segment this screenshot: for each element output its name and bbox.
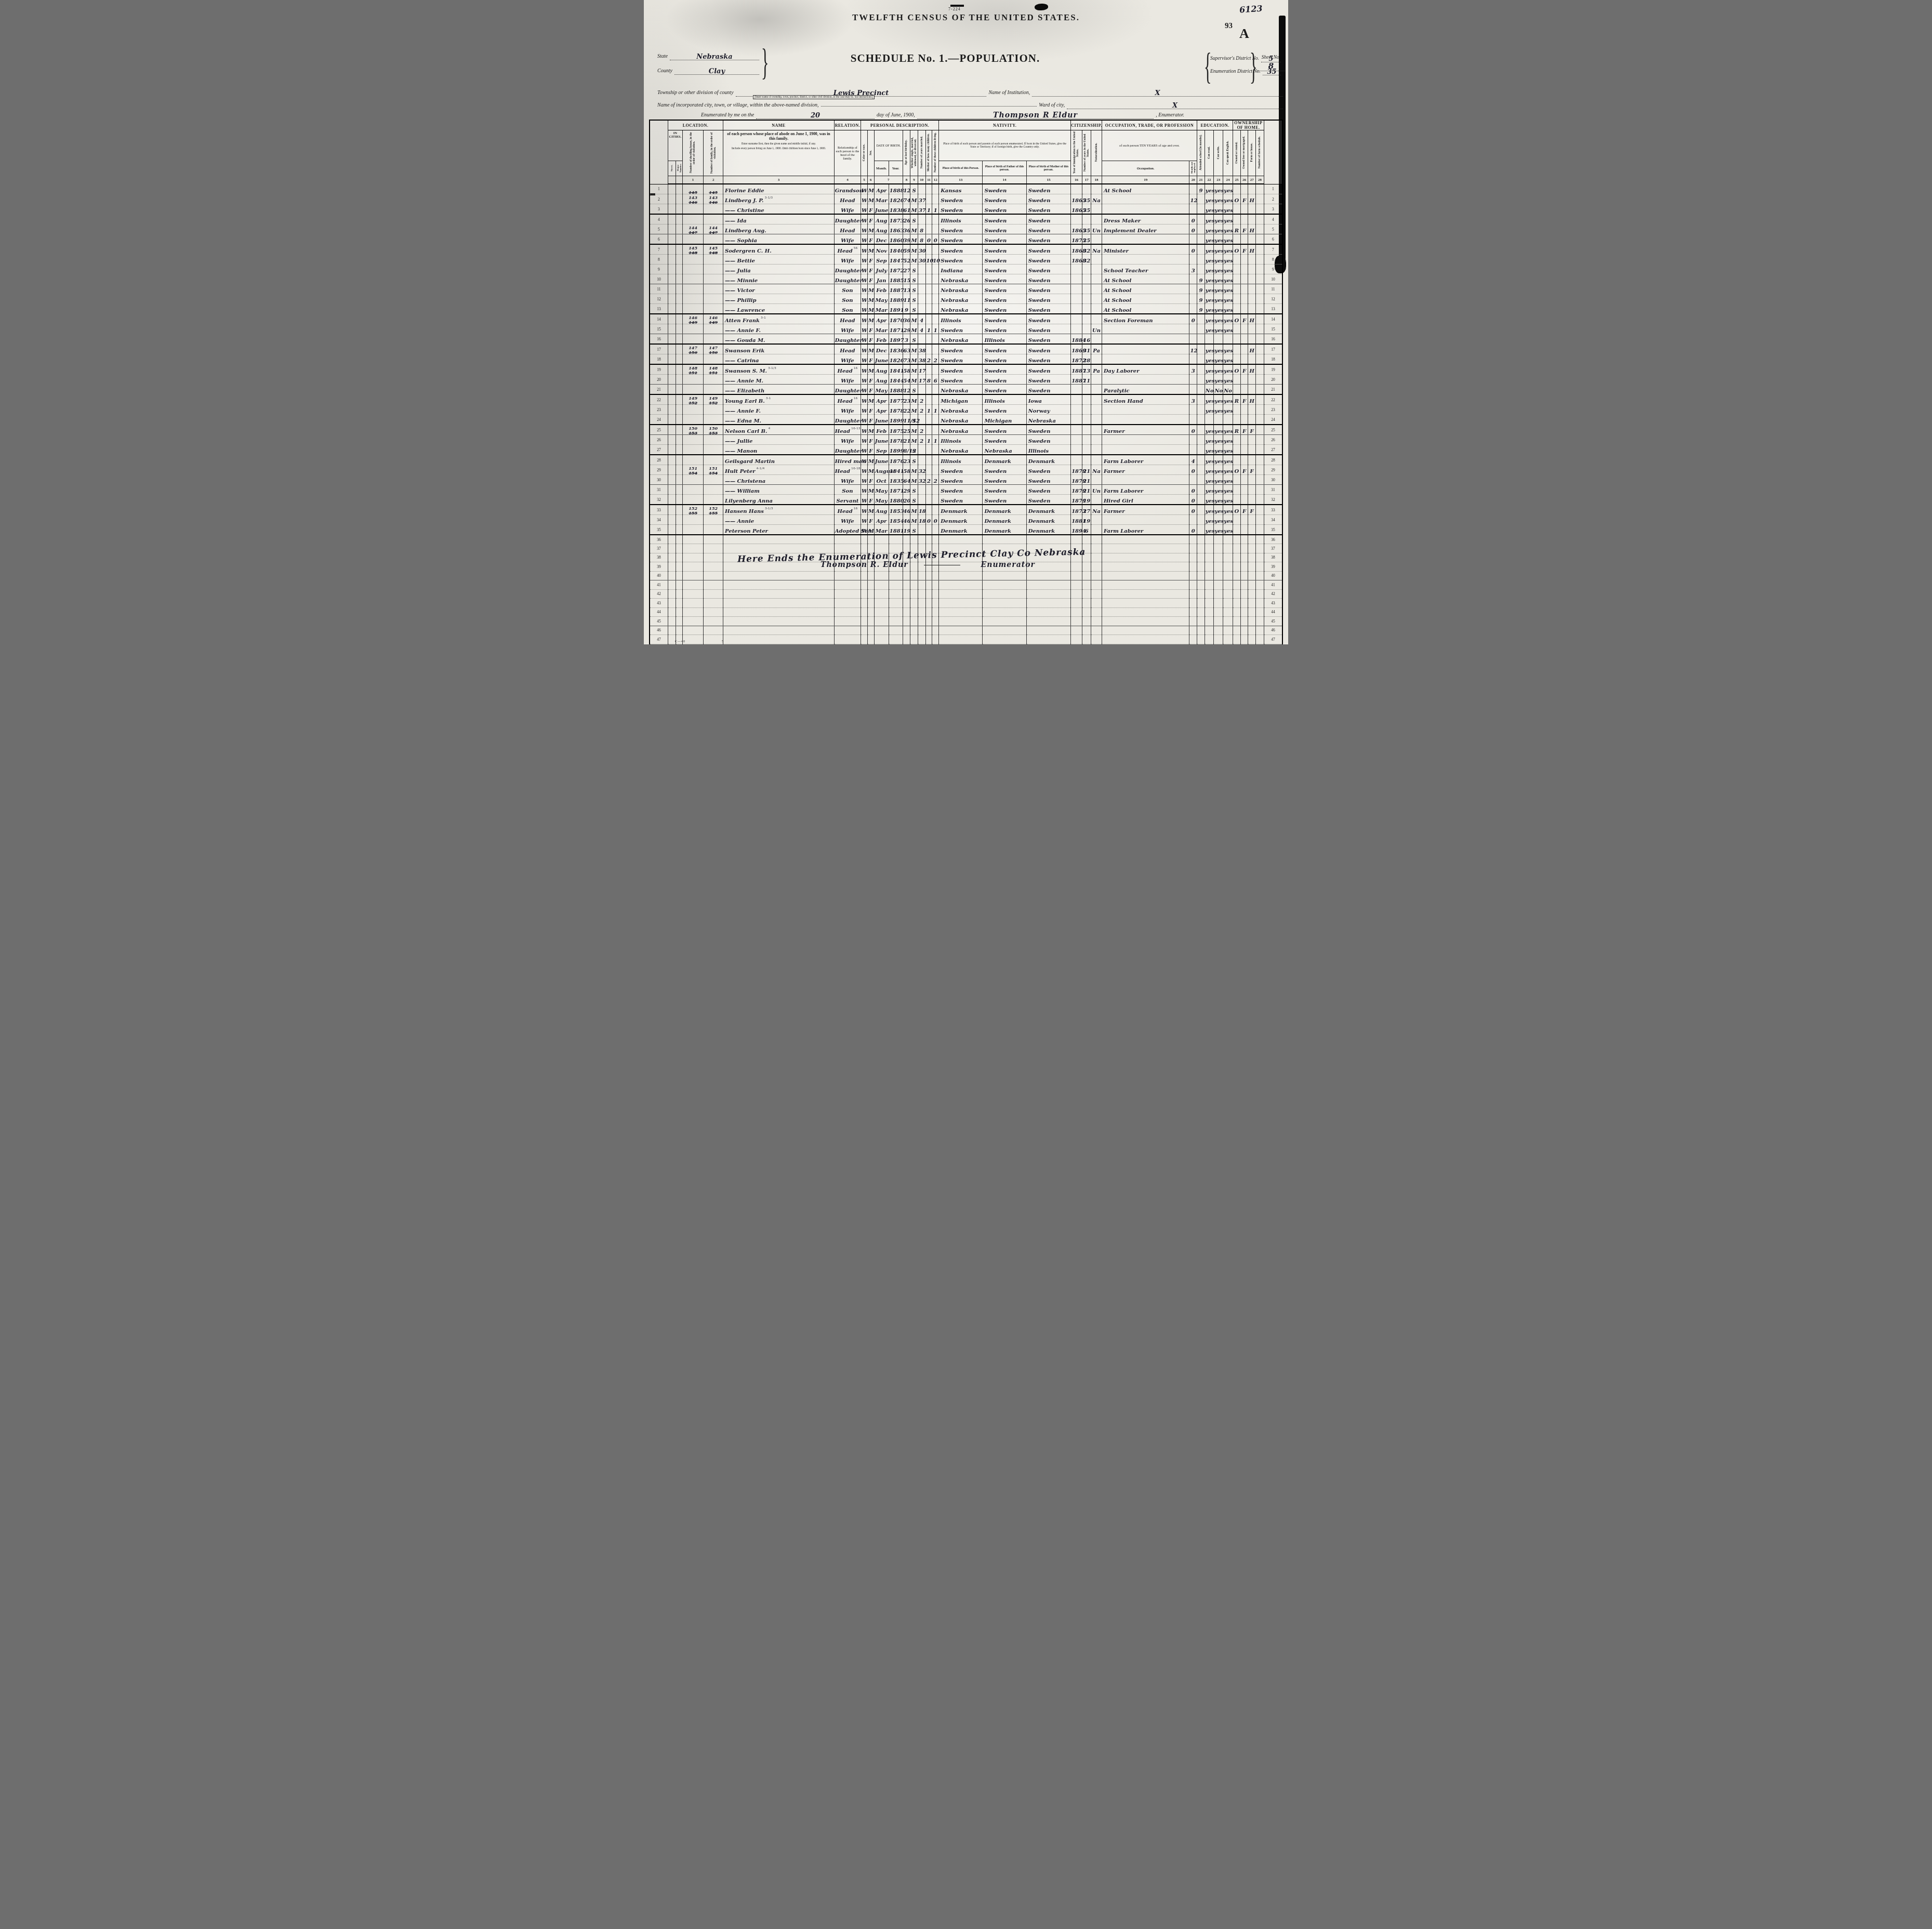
row-number-left: 40 [650, 571, 668, 580]
cell-fbp: Sweden [983, 375, 1026, 385]
cell-rel: Wife [834, 435, 861, 445]
cell-en: yes [1223, 465, 1233, 475]
cell-street [668, 535, 676, 544]
row-number-left: 29 [650, 465, 668, 475]
head-color-race: Color or race. [861, 130, 868, 176]
cell-fam: 145 [704, 184, 723, 194]
cell-sex: F [867, 415, 874, 425]
cell-ms: S [910, 274, 918, 284]
column-number [668, 176, 676, 184]
cell-bp: Sweden [939, 204, 983, 215]
cell-yr: 1899 [889, 445, 903, 455]
cell-rd [1205, 589, 1214, 599]
cell-occ [1102, 234, 1189, 245]
county-value: Clay [709, 68, 725, 75]
cell-dw [682, 415, 703, 425]
cell-rel: Wife [834, 354, 861, 365]
cell-fbp: Sweden [983, 274, 1026, 284]
cell-occ: Paralytic [1102, 385, 1189, 395]
cell-nz [1091, 635, 1102, 644]
cell-own [1233, 562, 1241, 572]
cell-own [1233, 405, 1241, 415]
cell-rel: Head56 [834, 244, 861, 255]
cell-rel: Wife [834, 255, 861, 265]
cell-age [903, 617, 910, 626]
cell-yr: 1836 [889, 344, 903, 354]
table-row: 17147150147150Swanson ErikHeadWMDec18366… [650, 344, 1282, 354]
head-occupation: Occupation. [1102, 161, 1189, 176]
cell-fbp: Sweden [983, 425, 1026, 435]
cell-own: O [1233, 314, 1241, 324]
cell-fam [704, 375, 723, 385]
cell-fh: H [1248, 194, 1256, 204]
cell-cl [932, 535, 939, 544]
cell-rd: yes [1205, 304, 1214, 314]
cell-cr: W [861, 194, 868, 204]
row-number-left: 37 [650, 544, 668, 553]
cell-name: Peterson Peter [723, 525, 835, 535]
cell-sch [1197, 234, 1205, 245]
cell-wr: yes [1214, 265, 1223, 274]
row-number-gutter-right [1264, 120, 1282, 184]
row-number-left: 8 [650, 255, 668, 265]
cell-cl [932, 505, 939, 515]
cell-bp: Denmark [939, 515, 983, 525]
cell-sex [867, 571, 874, 580]
cell-rel [834, 589, 861, 599]
cell-yu [1082, 405, 1091, 415]
head-date-of-birth: DATE OF BIRTH. [874, 130, 903, 161]
row-number-left: 11 [650, 284, 668, 294]
cell-nz [1091, 304, 1102, 314]
cell-bp: Kansas [939, 184, 983, 194]
cell-wr: yes [1214, 495, 1223, 505]
row-number-right: 24 [1264, 415, 1282, 425]
cell-fs [1255, 354, 1264, 365]
cell-cr [861, 535, 868, 544]
cell-im: 1884 [1071, 334, 1082, 345]
cell-fm: F [1240, 425, 1248, 435]
row-number-right: 48 [1264, 644, 1282, 644]
cell-wr: yes [1214, 465, 1223, 475]
cell-wr: yes [1214, 425, 1223, 435]
cell-house [676, 644, 682, 644]
cell-street [668, 415, 676, 425]
cell-fm [1240, 589, 1248, 599]
row-number-right: 43 [1264, 599, 1282, 608]
cell-fh [1248, 265, 1256, 274]
cell-sex: M [867, 394, 874, 405]
cell-own [1233, 375, 1241, 385]
cell-mc [925, 194, 932, 204]
cell-age: 23 [903, 394, 910, 405]
cell-fam [704, 234, 723, 245]
cell-mne [1189, 405, 1197, 415]
cell-fam [704, 405, 723, 415]
cell-age: 61 [903, 204, 910, 215]
cell-own [1233, 435, 1241, 445]
cell-fam [704, 562, 723, 572]
cell-mne: 0 [1189, 525, 1197, 535]
cell-rd: yes [1205, 364, 1214, 375]
cell-cl [932, 214, 939, 224]
table-row: 4040 [650, 571, 1282, 580]
cell-rel [834, 617, 861, 626]
cell-yu: 28 [1082, 354, 1091, 365]
cell-fam [704, 589, 723, 599]
cell-rd [1205, 599, 1214, 608]
cell-occ [1102, 571, 1189, 580]
cell-fam [704, 544, 723, 553]
row-number-left: 41 [650, 580, 668, 590]
head-attended-school: Attended school (in months). [1197, 130, 1205, 176]
cell-wr [1214, 415, 1223, 425]
cell-en: yes [1223, 194, 1233, 204]
cell-cr: W [861, 515, 868, 525]
cell-street [668, 385, 676, 395]
cell-house [676, 505, 682, 515]
cell-bp: Illinois [939, 314, 983, 324]
cell-nz [1091, 475, 1102, 485]
cell-yu [1082, 626, 1091, 635]
row-number-right: 41 [1264, 580, 1282, 590]
cell-occ [1102, 344, 1189, 354]
cell-sex: F [867, 475, 874, 485]
cell-dw [682, 455, 703, 465]
cell-yu [1082, 184, 1091, 194]
cell-fam: 150153 [704, 425, 723, 435]
cell-wr: yes [1214, 204, 1223, 215]
cell-sch [1197, 626, 1205, 635]
cell-fam: 143146 [704, 194, 723, 204]
county-label: County [657, 68, 672, 74]
cell-rel [834, 635, 861, 644]
cell-sch [1197, 599, 1205, 608]
cell-mc [925, 617, 932, 626]
table-row: 34—— AnnieWifeWFApr185446M1800DenmarkDen… [650, 515, 1282, 525]
cell-fam [704, 644, 723, 644]
cell-yu [1082, 617, 1091, 626]
cell-own [1233, 607, 1241, 617]
cell-mo: Mar [874, 525, 889, 535]
cell-sch: 9 [1197, 294, 1205, 304]
cell-bp [939, 589, 983, 599]
table-row: 11—— VictorSonWMFeb188713SNebraskaSweden… [650, 284, 1282, 294]
cell-im [1071, 394, 1082, 405]
cell-yr: 1870 [889, 314, 903, 324]
cell-house [676, 562, 682, 572]
cell-ym [918, 495, 925, 505]
cell-rel: Daughter [834, 265, 861, 274]
cell-yu [1082, 589, 1091, 599]
cell-age: 12 [903, 385, 910, 395]
cell-mne [1189, 334, 1197, 345]
cell-wr: yes [1214, 304, 1223, 314]
cell-fh [1248, 455, 1256, 465]
cell-wr: yes [1214, 525, 1223, 535]
row-number-right: 15 [1264, 324, 1282, 334]
cell-fbp: Sweden [983, 324, 1026, 334]
cell-en: yes [1223, 475, 1233, 485]
cell-house [676, 255, 682, 265]
cell-rd: yes [1205, 475, 1214, 485]
cell-occ: Farm Laborer [1102, 525, 1189, 535]
cell-street [668, 294, 676, 304]
cell-yu: 35 [1082, 194, 1091, 204]
cell-age: 58 [903, 364, 910, 375]
cell-mo: Mar [874, 324, 889, 334]
pencil-mark: 4-1/4 [757, 467, 765, 470]
cell-fh: F [1248, 505, 1256, 515]
cell-sex: F [867, 375, 874, 385]
cell-wr: yes [1214, 324, 1223, 334]
cell-dw [682, 445, 703, 455]
cell-mne [1189, 184, 1197, 194]
cell-ym: 17 [918, 375, 925, 385]
cell-cl [932, 571, 939, 580]
cell-fs [1255, 294, 1264, 304]
cell-mbp: Sweden [1026, 294, 1070, 304]
table-row: 5144147144147Lindberg Aug.HeadWMAug18633… [650, 224, 1282, 234]
row-number-right: 21 [1264, 385, 1282, 395]
cell-en [1223, 415, 1233, 425]
cell-mc [925, 535, 932, 544]
cell-en: yes [1223, 344, 1233, 354]
cell-occ [1102, 617, 1189, 626]
cell-im: 1875 [1071, 234, 1082, 245]
cell-mbp: Sweden [1026, 255, 1070, 265]
cell-dw [682, 607, 703, 617]
row-number-right: 23 [1264, 405, 1282, 415]
cell-rd: yes [1205, 394, 1214, 405]
group-ownership: OWNERSHIP OF HOME. [1233, 120, 1264, 130]
pencil-mark: 3-1/3 [768, 366, 776, 370]
cell-wr: yes [1214, 364, 1223, 375]
cell-sch [1197, 465, 1205, 475]
cell-sch [1197, 580, 1205, 590]
cell-own [1233, 455, 1241, 465]
cell-street [668, 204, 676, 215]
cell-cr: W [861, 475, 868, 485]
cell-house [676, 274, 682, 284]
cell-house [676, 425, 682, 435]
pencil-mark: 3-1 [766, 397, 771, 400]
cell-ms: S [910, 184, 918, 194]
cell-cr: W [861, 255, 868, 265]
row-number-right: 8 [1264, 255, 1282, 265]
column-number [676, 176, 682, 184]
cell-rd: yes [1205, 324, 1214, 334]
cell-cr: W [861, 214, 868, 224]
cell-street [668, 354, 676, 365]
cell-yr: 1871 [889, 324, 903, 334]
cell-ym [918, 580, 925, 590]
cell-age: 19 [903, 525, 910, 535]
cell-mbp: Iowa [1026, 394, 1070, 405]
cell-en: yes [1223, 234, 1233, 245]
cell-nz [1091, 354, 1102, 365]
cell-fs [1255, 445, 1264, 455]
cell-ym: 8 [918, 234, 925, 245]
cell-ms: M [910, 234, 918, 245]
cell-fh [1248, 204, 1256, 215]
cell-house [676, 589, 682, 599]
cell-ms: M [910, 255, 918, 265]
cell-yu [1082, 425, 1091, 435]
row-number-left: 2 [650, 194, 668, 204]
cell-rd [1205, 607, 1214, 617]
column-number: 21 [1197, 176, 1205, 184]
cell-fm: F [1240, 314, 1248, 324]
cell-rd [1205, 644, 1214, 644]
cell-street [668, 364, 676, 375]
cell-en: yes [1223, 314, 1233, 324]
cell-own [1233, 184, 1241, 194]
plate-mark: C—40 [675, 640, 685, 643]
cell-fm: F [1240, 244, 1248, 255]
cell-sch [1197, 635, 1205, 644]
cell-sex: F [867, 445, 874, 455]
cell-bp [939, 607, 983, 617]
cell-fh [1248, 405, 1256, 415]
cell-rd: yes [1205, 255, 1214, 265]
cell-age [903, 635, 910, 644]
cell-nz: Un [1091, 485, 1102, 495]
cell-fm [1240, 214, 1248, 224]
cell-yr: 1875 [889, 425, 903, 435]
table-row: 14146149146149Atten Frank3-1HeadWMApr187… [650, 314, 1282, 324]
cell-mne [1189, 635, 1197, 644]
cell-fm [1240, 515, 1248, 525]
cell-sex: F [867, 334, 874, 345]
cell-ym [918, 304, 925, 314]
cell-nz [1091, 425, 1102, 435]
cell-mbp [1026, 589, 1070, 599]
cell-yr: 1840 [889, 244, 903, 255]
cell-bp: Nebraska [939, 415, 983, 425]
cell-mbp: Nebraska [1026, 415, 1070, 425]
cell-fs [1255, 475, 1264, 485]
cell-fh [1248, 599, 1256, 608]
cell-own [1233, 415, 1241, 425]
cell-mc [925, 644, 932, 644]
cell-rel: Head [834, 194, 861, 204]
cell-bp [939, 617, 983, 626]
column-number: 22 [1205, 176, 1214, 184]
cell-ms: M [910, 405, 918, 415]
cell-fam: 147150 [704, 344, 723, 354]
cell-dw [682, 580, 703, 590]
cell-mo [874, 635, 889, 644]
cell-yu [1082, 385, 1091, 395]
cell-sch [1197, 455, 1205, 465]
cell-cr: W [861, 224, 868, 234]
cell-en [1223, 334, 1233, 345]
row-number-left: 26 [650, 435, 668, 445]
cell-bp: Nebraska [939, 304, 983, 314]
cell-en: yes [1223, 255, 1233, 265]
cell-mc [925, 294, 932, 304]
cell-own [1233, 599, 1241, 608]
cell-dw [682, 562, 703, 572]
cell-yu: 35 [1082, 224, 1091, 234]
cell-fam [704, 475, 723, 485]
cell-mne: 0 [1189, 485, 1197, 495]
cell-dw [682, 515, 703, 525]
cell-rel: Wife [834, 405, 861, 415]
cell-mc: 1 [925, 435, 932, 445]
cell-name: —— Annie F. [723, 324, 835, 334]
cell-fm [1240, 626, 1248, 635]
cell-yu [1082, 265, 1091, 274]
table-row: 18—— CatrinaWifeWFJune182673M3822SwedenS… [650, 354, 1282, 365]
cell-house [676, 294, 682, 304]
cell-mo: Feb [874, 425, 889, 435]
cell-bp: Illinois [939, 435, 983, 445]
cell-ym [918, 214, 925, 224]
cell-fs [1255, 244, 1264, 255]
cell-wr: yes [1214, 184, 1223, 194]
cell-occ: Day Laborer [1102, 364, 1189, 375]
cell-mo: Dec [874, 344, 889, 354]
cell-ym [918, 294, 925, 304]
column-number: 14 [983, 176, 1026, 184]
cell-mne [1189, 324, 1197, 334]
cell-fm [1240, 255, 1248, 265]
cell-nz [1091, 607, 1102, 617]
cell-mne [1189, 607, 1197, 617]
cell-mo: May [874, 485, 889, 495]
row-number-right: 37 [1264, 544, 1282, 553]
cell-cr: W [861, 455, 868, 465]
cell-fs [1255, 599, 1264, 608]
cell-fm [1240, 580, 1248, 590]
cell-yr: 1847 [889, 255, 903, 265]
cell-ym [918, 607, 925, 617]
cell-ym [918, 455, 925, 465]
cell-name: Lilyenberg Anna [723, 495, 835, 505]
cell-cl: 1 [932, 405, 939, 415]
cell-rd: yes [1205, 435, 1214, 445]
cell-fs [1255, 515, 1264, 525]
cell-sch [1197, 525, 1205, 535]
cell-mc [925, 415, 932, 425]
cell-mne: 3 [1189, 364, 1197, 375]
cell-occ: Farmer [1102, 505, 1189, 515]
cell-yu [1082, 445, 1091, 455]
cell-cl [932, 455, 939, 465]
column-number: 16 [1071, 176, 1082, 184]
column-number: 10 [918, 176, 925, 184]
cell-own [1233, 265, 1241, 274]
enumerated-day: 20 [811, 112, 820, 120]
cell-rd [1205, 571, 1214, 580]
cell-house [676, 234, 682, 245]
cell-dw [682, 304, 703, 314]
cell-mc [925, 284, 932, 294]
cell-street [668, 184, 676, 194]
cell-cl [932, 304, 939, 314]
cell-occ: Farm Laborer [1102, 455, 1189, 465]
column-number: 12 [932, 176, 939, 184]
cell-name [723, 644, 835, 644]
cell-street [668, 425, 676, 435]
cell-yr [889, 580, 903, 590]
census-table-wrap: LOCATION. NAME RELATION. PERSONAL DESCRI… [649, 120, 1283, 644]
cell-fam [704, 334, 723, 345]
cell-sex: M [867, 525, 874, 535]
head-month: Month. [874, 161, 889, 176]
